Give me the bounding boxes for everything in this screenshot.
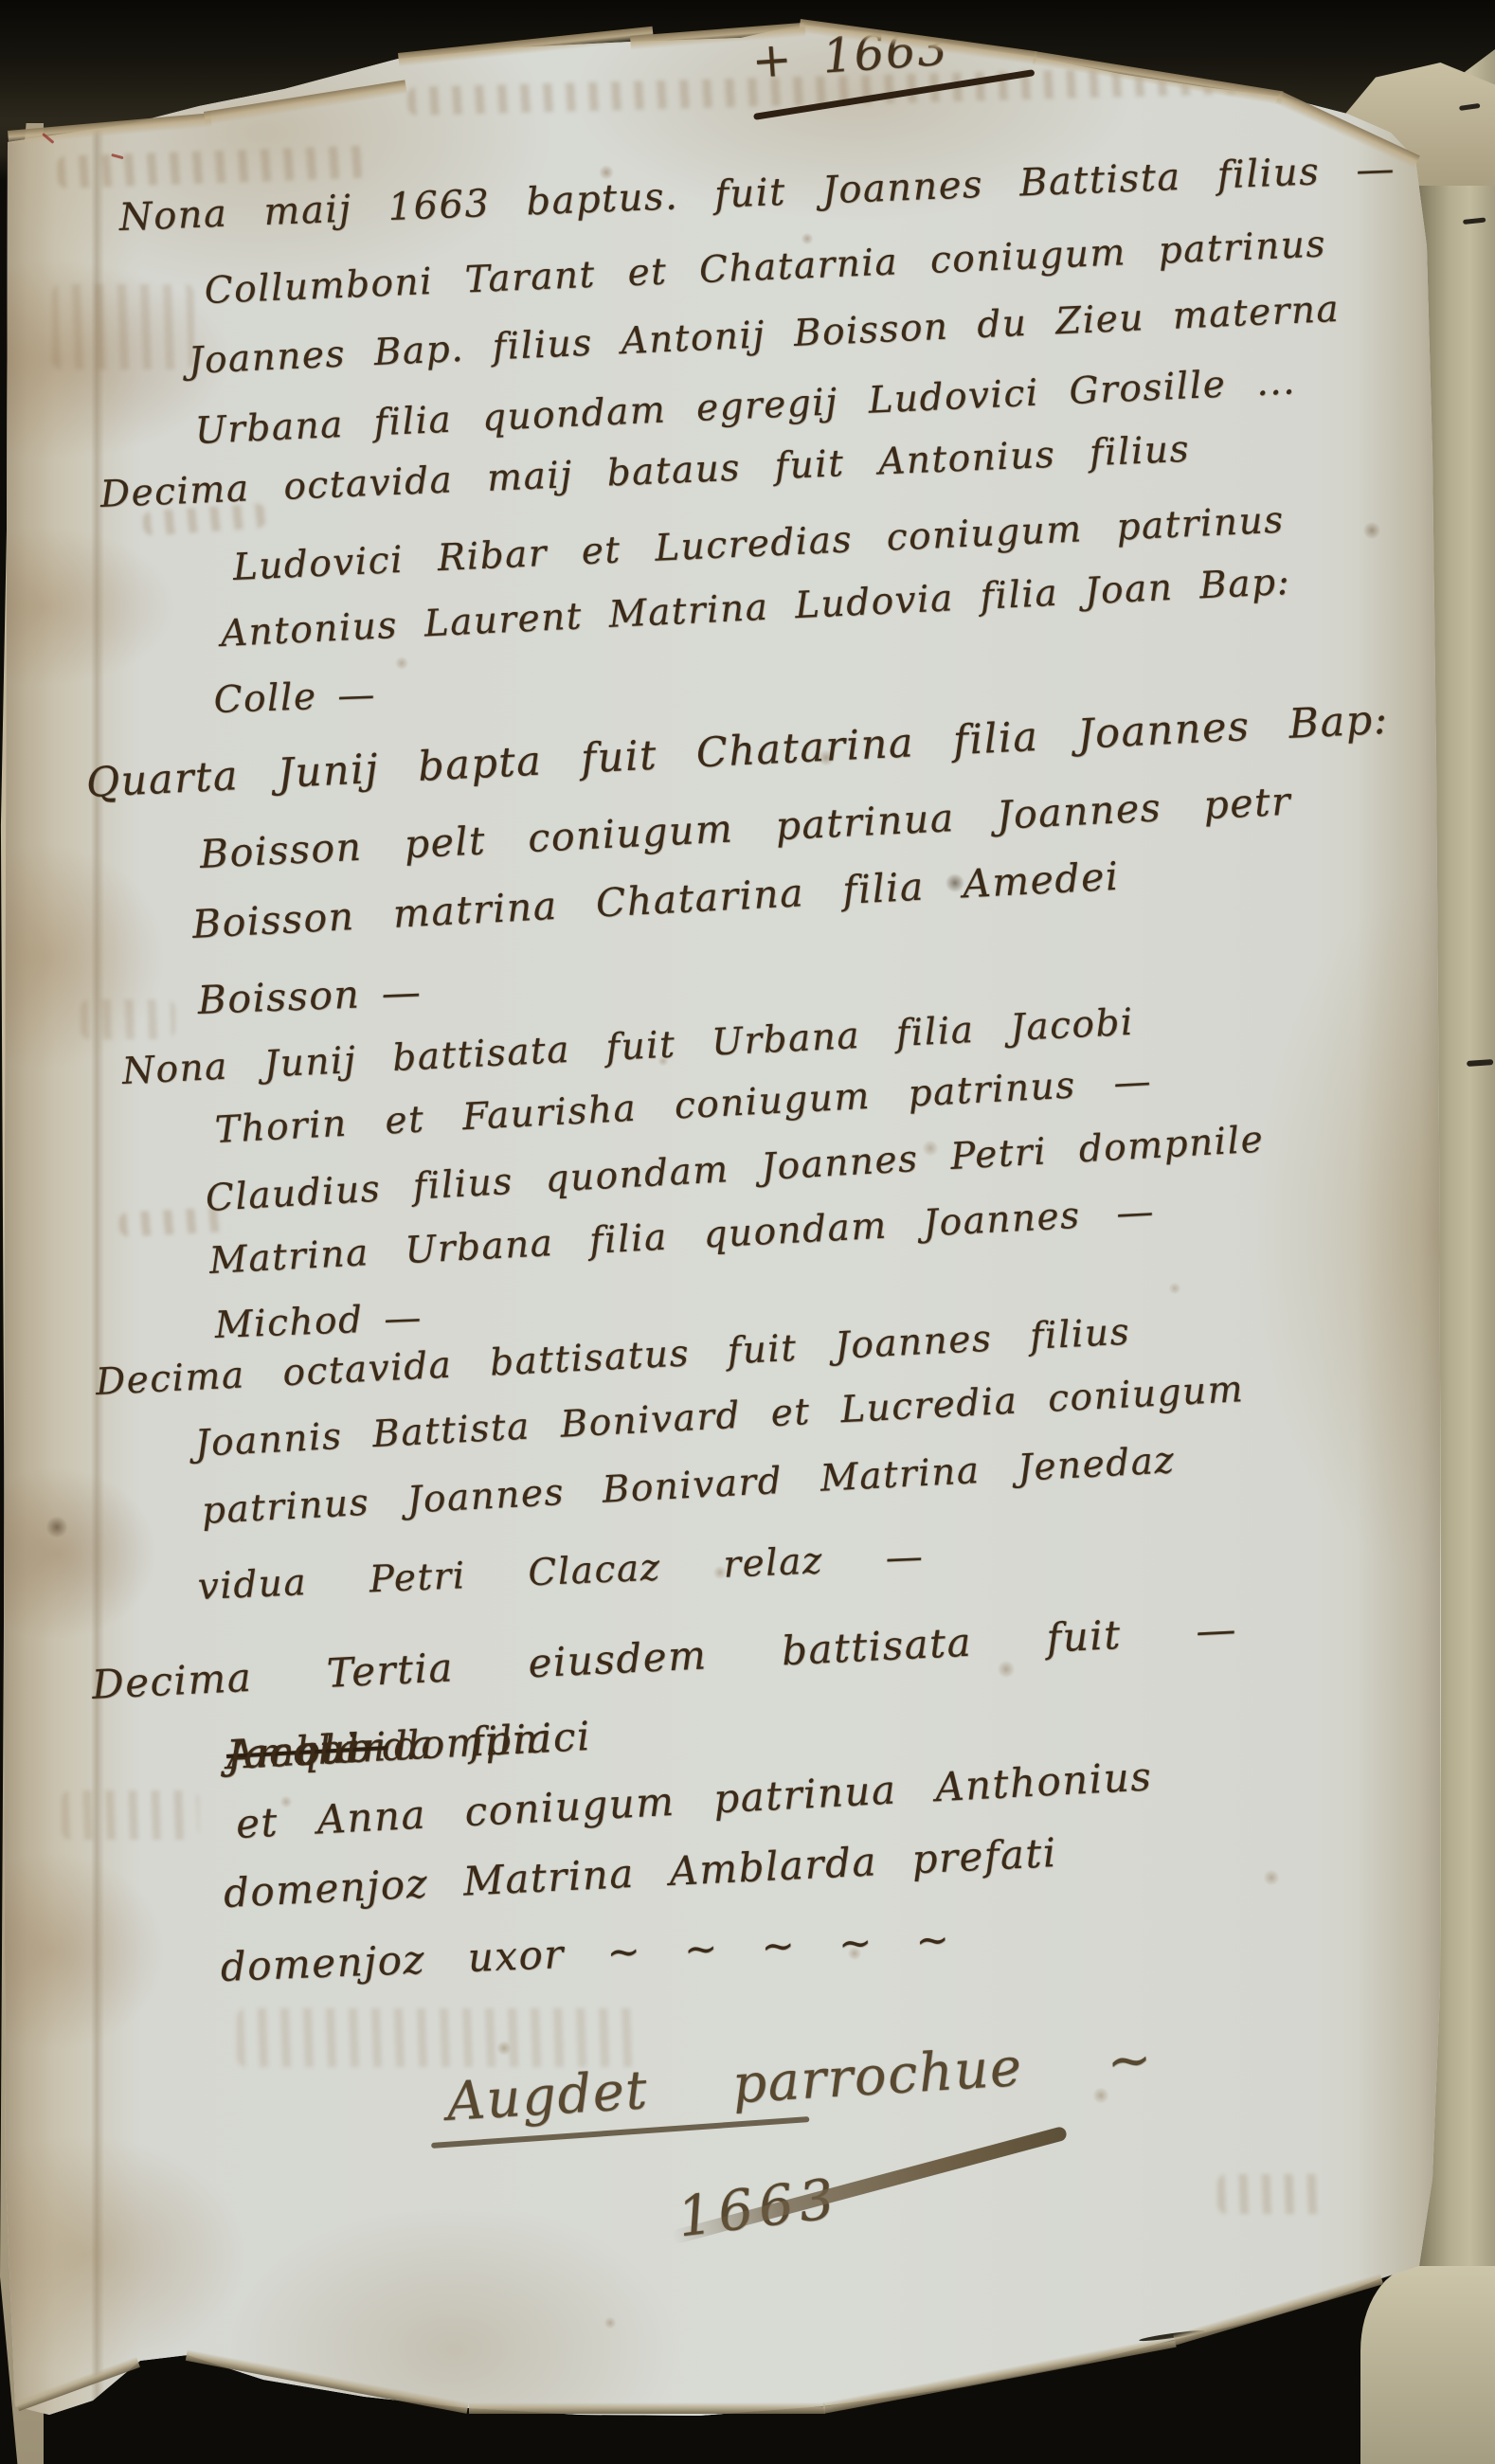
manuscript-scan: + 1663 Nona maij 1663 baptus. fuit Joann… xyxy=(0,0,1495,2464)
line-text: Nona maij 1663 baptus. fuit Joannes Batt… xyxy=(118,150,1396,237)
line-text: Michod — xyxy=(214,1300,423,1344)
torn-bottom-edge xyxy=(469,2402,825,2414)
underlying-page-corner-bottom-right xyxy=(1360,2266,1495,2464)
line-text: Colle — xyxy=(213,676,377,719)
line-text: domenjoz uxor ~ ~ ~ ~ ~ xyxy=(220,1919,951,1987)
line-text: domenjoz Matrina Amblarda prefati xyxy=(223,1833,1058,1914)
line-text: Boisson pelt coniugum patrinua Joannes p… xyxy=(199,782,1292,874)
page-paper: + 1663 Nona maij 1663 baptus. fuit Joann… xyxy=(0,0,1495,2464)
line-text: Decima Tertia eiusdem battisata fuit — xyxy=(91,1610,1238,1705)
line-text: Boisson — xyxy=(197,973,423,1020)
line-text: vidua Petri Clacaz relaz — xyxy=(197,1538,925,1606)
line-text: Jacobi dompnici xyxy=(225,1717,592,1775)
